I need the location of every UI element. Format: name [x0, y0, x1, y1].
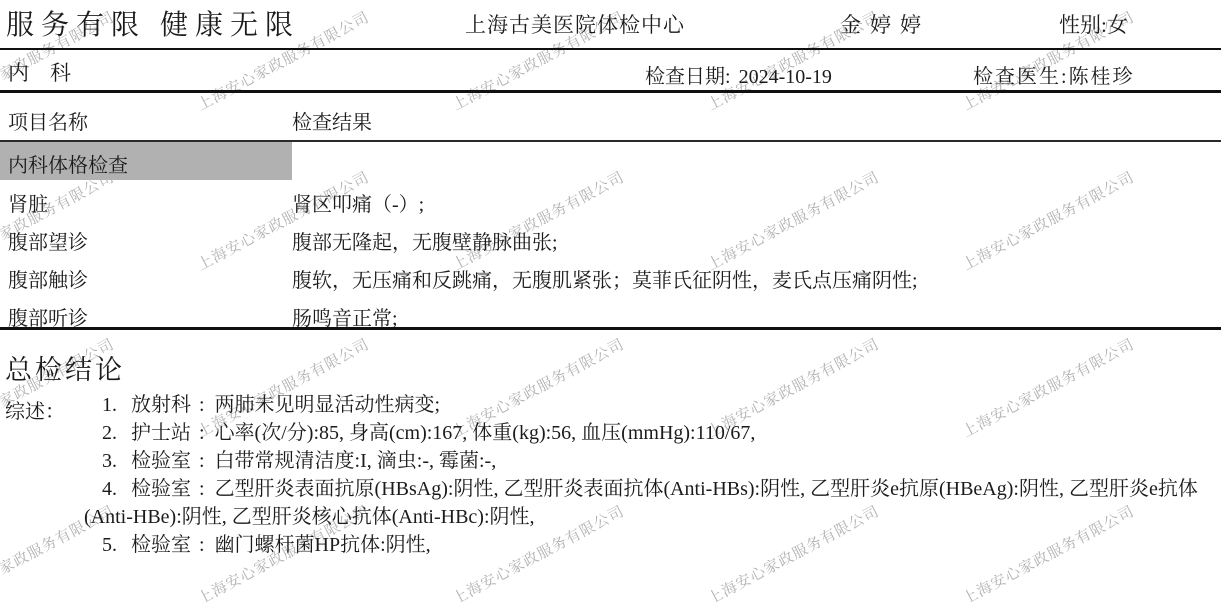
summary-heading: 总检结论	[5, 348, 125, 387]
doctor-label: 检查医生:	[973, 66, 1069, 88]
summary-item-text: 心率(次/分):85, 身高(cm):167, 体重(kg):56, 血压(mm…	[215, 422, 756, 444]
summary-item: 3.检验室:白带常规清洁度:I, 滴虫:-, 霉菌:-,	[84, 447, 1202, 475]
summary-item-number: 3.	[102, 450, 117, 472]
table-row-item: 肾脏	[8, 188, 48, 217]
hospital-name: 上海古美医院体检中心	[465, 9, 685, 39]
exam-date: 检查日期:2024-10-19	[645, 60, 832, 89]
gender-value: 女	[1107, 13, 1128, 37]
exam-doctor: 检查医生:陈桂珍	[973, 60, 1135, 89]
summary-item-number: 4.	[102, 478, 117, 500]
exam-date-label: 检查日期:	[645, 66, 731, 88]
summary-item-dept: 检验室	[131, 534, 191, 556]
summary-item-dept: 护士站	[131, 422, 191, 444]
table-row-item: 腹部望诊	[8, 226, 88, 255]
summary-item-separator: :	[199, 478, 205, 500]
summary-item: 2.护士站:心率(次/分):85, 身高(cm):167, 体重(kg):56,…	[84, 419, 1202, 447]
summary-label: 综述：	[5, 395, 65, 424]
table-row-item: 腹部触诊	[8, 264, 88, 293]
summary-item-text: 乙型肝炎表面抗原(HBsAg):阴性, 乙型肝炎表面抗体(Anti-HBs):阴…	[84, 478, 1198, 528]
summary-item-separator: :	[199, 450, 205, 472]
group-header-label: 内科体格检查	[8, 149, 128, 178]
summary-item-dept: 检验室	[131, 450, 191, 472]
exam-date-value: 2024-10-19	[739, 66, 832, 88]
patient-name: 金婷婷	[840, 9, 930, 39]
report-slogan: 服务有限 健康无限	[6, 3, 300, 43]
summary-item: 4.检验室:乙型肝炎表面抗原(HBsAg):阴性, 乙型肝炎表面抗体(Anti-…	[84, 475, 1202, 531]
summary-item-number: 2.	[102, 422, 117, 444]
summary-item-dept: 放射科	[131, 394, 191, 416]
summary-item: 1.放射科:两肺未见明显活动性病变;	[84, 391, 1202, 419]
summary-item-text: 两肺未见明显活动性病变;	[215, 394, 441, 416]
summary-item-text: 幽门螺杆菌HP抗体:阴性,	[215, 534, 431, 556]
column-header-exam-result: 检查结果	[292, 106, 372, 135]
patient-gender: 性别:女	[1059, 9, 1128, 39]
table-row-result: 肾区叩痛（-）;	[292, 188, 424, 217]
summary-item-separator: :	[199, 422, 205, 444]
medical-report-page: 上海安心家政服务有限公司上海安心家政服务有限公司上海安心家政服务有限公司上海安心…	[0, 0, 1221, 602]
table-row-result: 腹软，无压痛和反跳痛，无腹肌紧张；莫菲氏征阴性，麦氏点压痛阴性;	[292, 264, 918, 293]
column-header-item-name: 项目名称	[8, 106, 88, 135]
gender-label: 性别:	[1059, 13, 1107, 37]
summary-item-text: 白带常规清洁度:I, 滴虫:-, 霉菌:-,	[215, 450, 497, 472]
department-title: 内 科	[8, 57, 71, 87]
summary-items: 1.放射科:两肺未见明显活动性病变; 2.护士站:心率(次/分):85, 身高(…	[84, 391, 1202, 559]
summary-item-number: 5.	[102, 534, 117, 556]
summary-item-separator: :	[199, 534, 205, 556]
divider-section	[0, 90, 1221, 93]
report-content: 服务有限 健康无限 上海古美医院体检中心 金婷婷 性别:女 内 科 检查日期:2…	[0, 0, 1221, 602]
summary-item-separator: :	[199, 394, 205, 416]
doctor-value: 陈桂珍	[1069, 66, 1135, 88]
divider-table-bottom	[0, 327, 1221, 330]
table-row-result: 腹部无隆起，无腹壁静脉曲张;	[292, 226, 558, 255]
summary-item: 5.检验室:幽门螺杆菌HP抗体:阴性,	[84, 531, 1202, 559]
summary-item-dept: 检验室	[131, 478, 191, 500]
summary-item-number: 1.	[102, 394, 117, 416]
divider-top	[0, 48, 1221, 50]
